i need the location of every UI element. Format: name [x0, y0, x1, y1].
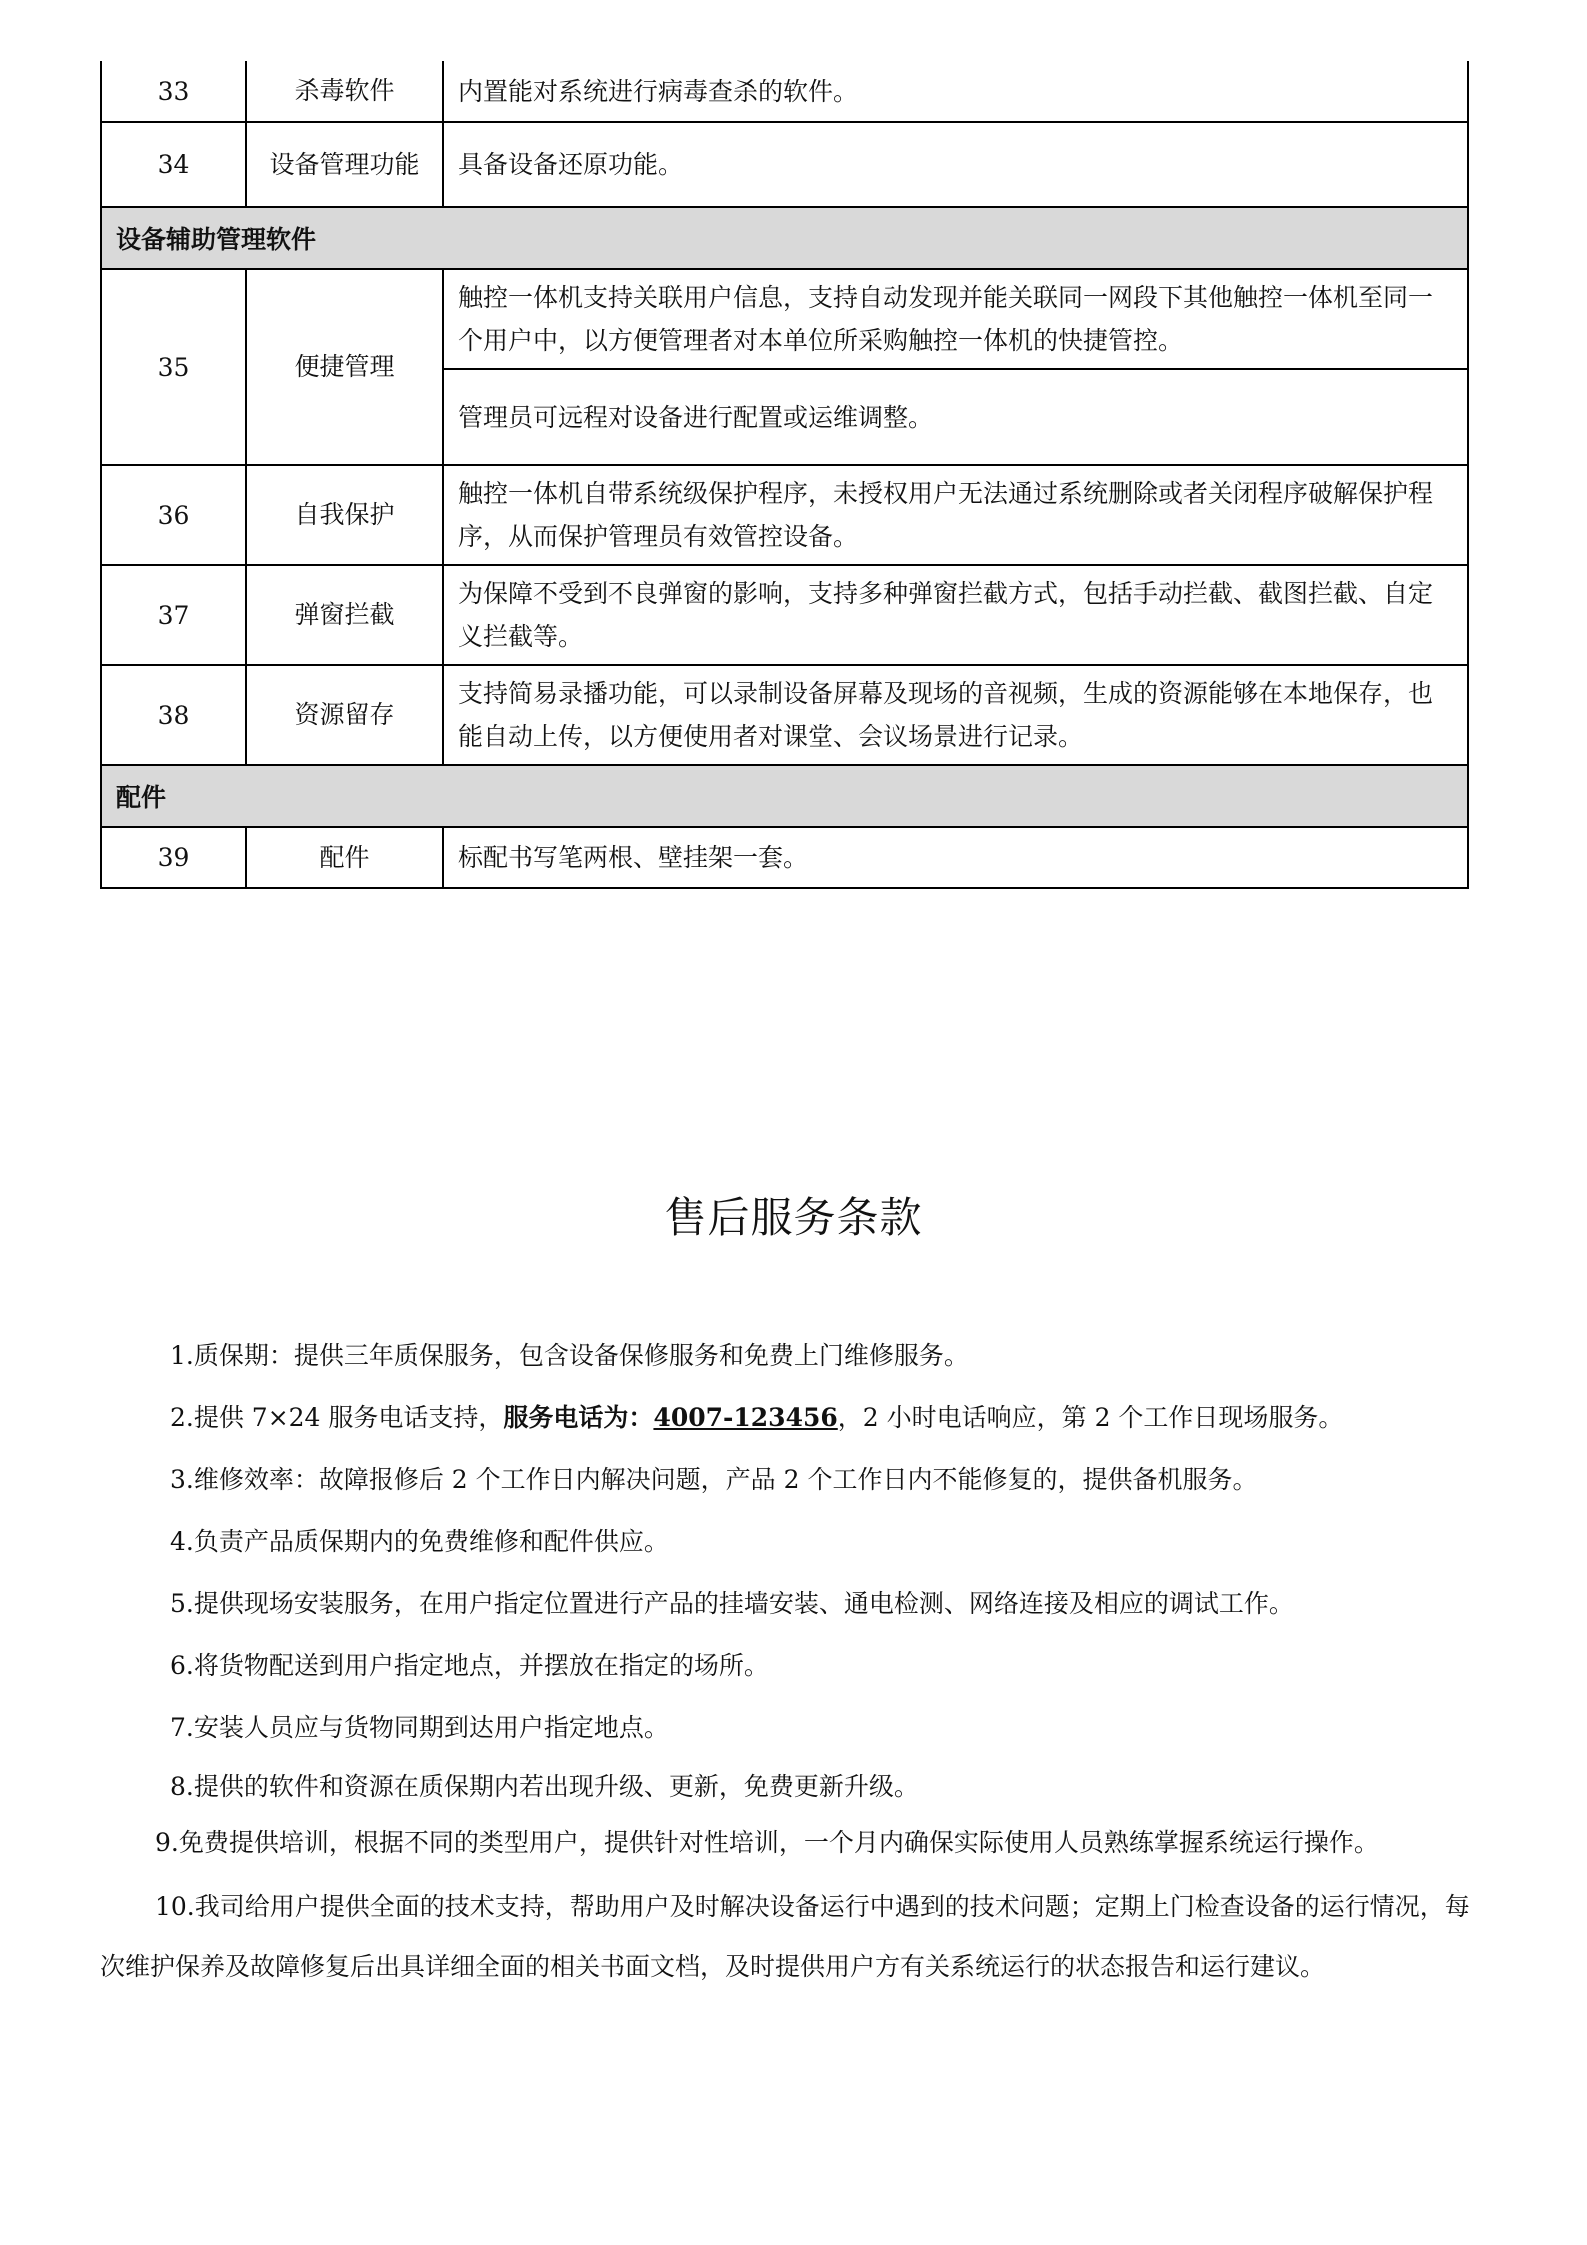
item-number: 34 [101, 122, 246, 207]
item-name: 弹窗拦截 [246, 565, 443, 665]
term-item: 9.免费提供培训，根据不同的类型用户，提供针对性培训，一个月内确保实际使用人员熟… [100, 1815, 1485, 1871]
item-name: 资源留存 [246, 665, 443, 765]
term-item: 4.负责产品质保期内的免费维修和配件供应。 [115, 1511, 1485, 1573]
term-text: 2.提供 7×24 服务电话支持， [170, 1403, 503, 1432]
term-item: 7.安装人员应与货物同期到达用户指定地点。 [115, 1697, 1485, 1759]
table-row: 33 杀毒软件 内置能对系统进行病毒查杀的软件。 [101, 61, 1468, 122]
item-number: 35 [101, 269, 246, 465]
table-row: 34 设备管理功能 具备设备还原功能。 [101, 122, 1468, 207]
item-description: 为保障不受到不良弹窗的影响，支持多种弹窗拦截方式，包括手动拦截、截图拦截、自定义… [443, 565, 1468, 665]
term-item: 2.提供 7×24 服务电话支持，服务电话为：4007-123456，2 小时电… [115, 1387, 1485, 1449]
item-number: 37 [101, 565, 246, 665]
spec-table: 33 杀毒软件 内置能对系统进行病毒查杀的软件。 34 设备管理功能 具备设备还… [100, 61, 1469, 889]
item-name: 自我保护 [246, 465, 443, 565]
section-header-row: 设备辅助管理软件 [101, 207, 1468, 269]
item-name: 杀毒软件 [246, 61, 443, 122]
item-description: 管理员可远程对设备进行配置或运维调整。 [443, 369, 1468, 465]
term-item: 8.提供的软件和资源在质保期内若出现升级、更新，免费更新升级。 [115, 1759, 1485, 1815]
term-item: 3.维修效率：故障报修后 2 个工作日内解决问题，产品 2 个工作日内不能修复的… [115, 1449, 1485, 1511]
term-item: 6.将货物配送到用户指定地点，并摆放在指定的场所。 [115, 1635, 1485, 1697]
after-sales-terms: 1.质保期：提供三年质保服务，包含设备保修服务和免费上门维修服务。 2.提供 7… [115, 1325, 1485, 1997]
section-title: 配件 [101, 765, 1468, 827]
phone-number: 4007-123456 [653, 1403, 837, 1432]
section-title: 设备辅助管理软件 [101, 207, 1468, 269]
item-description: 支持简易录播功能，可以录制设备屏幕及现场的音视频，生成的资源能够在本地保存，也能… [443, 665, 1468, 765]
item-name: 配件 [246, 827, 443, 888]
item-name: 设备管理功能 [246, 122, 443, 207]
item-description: 具备设备还原功能。 [443, 122, 1468, 207]
item-number: 33 [101, 61, 246, 122]
item-description: 内置能对系统进行病毒查杀的软件。 [443, 61, 1468, 122]
term-item: 5.提供现场安装服务，在用户指定位置进行产品的挂墙安装、通电检测、网络连接及相应… [115, 1573, 1485, 1635]
item-name: 便捷管理 [246, 269, 443, 465]
term-item: 10.我司给用户提供全面的技术支持，帮助用户及时解决设备运行中遇到的技术问题；定… [100, 1877, 1485, 1997]
item-description: 触控一体机自带系统级保护程序，未授权用户无法通过系统删除或者关闭程序破解保护程序… [443, 465, 1468, 565]
item-number: 36 [101, 465, 246, 565]
section-header-row: 配件 [101, 765, 1468, 827]
phone-label: 服务电话为： [503, 1403, 653, 1432]
item-number: 39 [101, 827, 246, 888]
term-item: 1.质保期：提供三年质保服务，包含设备保修服务和免费上门维修服务。 [115, 1325, 1485, 1387]
table-row: 36 自我保护 触控一体机自带系统级保护程序，未授权用户无法通过系统删除或者关闭… [101, 465, 1468, 565]
item-description: 触控一体机支持关联用户信息，支持自动发现并能关联同一网段下其他触控一体机至同一个… [443, 269, 1468, 369]
page-title: 售后服务条款 [0, 1185, 1587, 1245]
table-row: 35 便捷管理 触控一体机支持关联用户信息，支持自动发现并能关联同一网段下其他触… [101, 269, 1468, 369]
term-text: ，2 小时电话响应，第 2 个工作日现场服务。 [838, 1403, 1344, 1432]
item-description: 标配书写笔两根、壁挂架一套。 [443, 827, 1468, 888]
table-row: 37 弹窗拦截 为保障不受到不良弹窗的影响，支持多种弹窗拦截方式，包括手动拦截、… [101, 565, 1468, 665]
table-row: 38 资源留存 支持简易录播功能，可以录制设备屏幕及现场的音视频，生成的资源能够… [101, 665, 1468, 765]
table-row: 39 配件 标配书写笔两根、壁挂架一套。 [101, 827, 1468, 888]
item-number: 38 [101, 665, 246, 765]
